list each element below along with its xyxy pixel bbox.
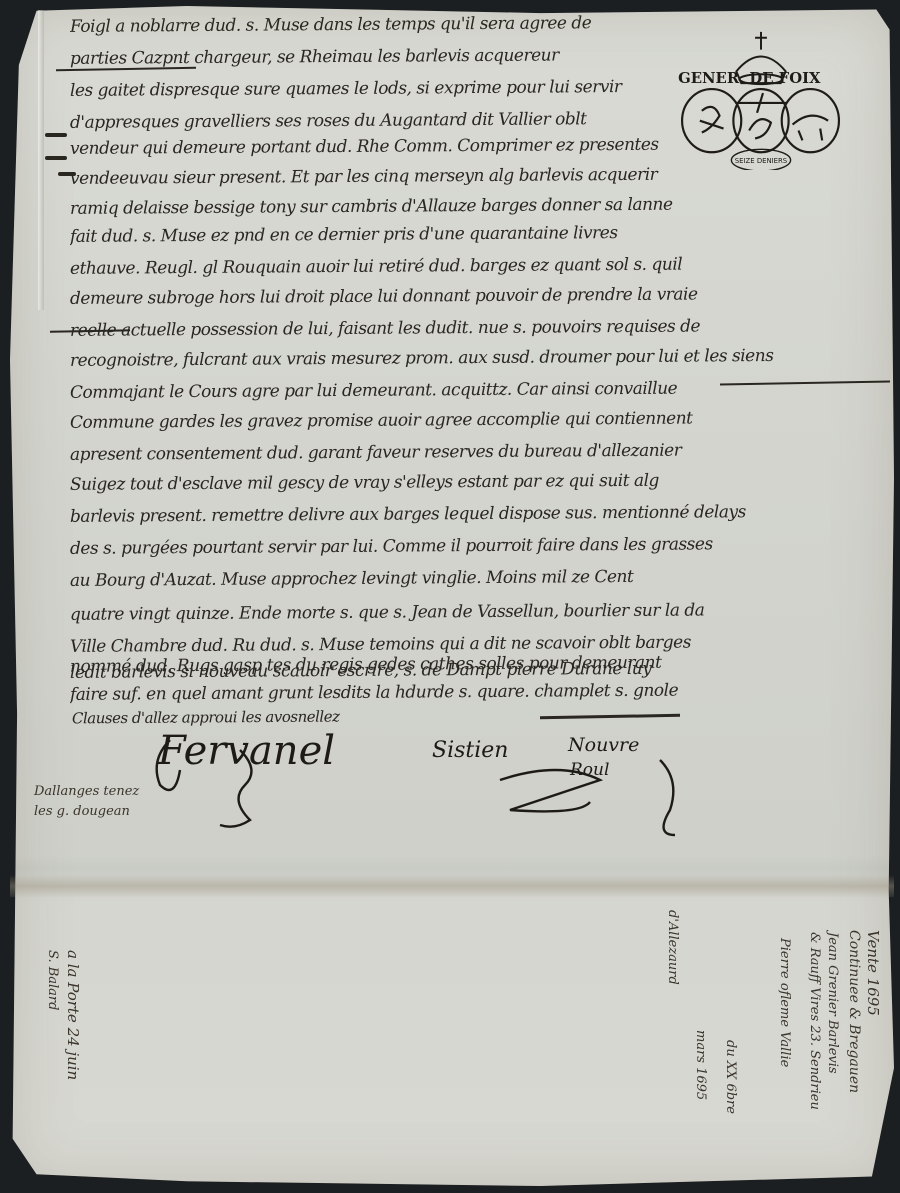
endorsement-date: mars 1695 — [693, 1030, 708, 1100]
vertical-fold-crease — [38, 10, 44, 310]
manuscript-line: fait dud. s. Muse ez pnd en ce dernier p… — [70, 221, 890, 257]
manuscript-line: des s. purgées pourtant servir par lui. … — [70, 533, 890, 569]
margin-dash-mark — [58, 172, 76, 176]
margin-dash-mark — [45, 133, 67, 137]
manuscript-line: au Bourg d'Auzat. Muse approchez levingt… — [70, 565, 890, 601]
endorsement-line: Pierre ofleme Vallie — [777, 938, 792, 1067]
manuscript-line: Commune gardes les gravez promise auoir … — [70, 407, 890, 443]
signature-paraph — [150, 730, 270, 840]
endorsement-line: d'Allezaurd — [665, 910, 680, 985]
horizontal-fold-crease — [10, 875, 894, 897]
manuscript-line: Suigez tout d'esclave mil gescy de vray … — [70, 469, 890, 505]
manuscript-line: demeure subroge hors lui droit place lui… — [70, 283, 890, 319]
endorsement-date: du XX 6bre — [723, 1040, 738, 1114]
margin-note-left-2: les g. dougean — [34, 804, 130, 819]
manuscript-line: Foigl a noblarre dud. s. Muse dans les t… — [70, 11, 890, 47]
endorsement-line: & Rauff Vires 23. Sendrieu — [807, 932, 822, 1110]
endorsement-line: Jean Grenier Barlevis — [825, 932, 840, 1074]
margin-dash-mark — [45, 156, 67, 160]
manuscript-line: les gaitet dispresque sure quames le lod… — [70, 75, 890, 111]
margin-note-left-vertical-1: a la Porte 24 juin — [64, 950, 82, 1080]
endorsement-title: Vente 1695 — [864, 930, 882, 1016]
signature-flourish — [480, 740, 710, 840]
manuscript-line: recognoistre, fulcrant aux vrais mesurez… — [70, 345, 890, 381]
margin-note-left-1: Dallanges tenez — [34, 784, 139, 799]
endorsement-line: Continuee & Bregauen — [846, 930, 862, 1093]
manuscript-line: barlevis present. remettre delivre aux b… — [70, 501, 890, 537]
manuscript-line: quatre vingt quinze. Ende morte s. que s… — [70, 599, 890, 635]
margin-note-left-vertical-2: S. Balard — [45, 950, 60, 1010]
manuscript-line: parties Cazpnt chargeur, se Rheimau les … — [70, 43, 890, 79]
